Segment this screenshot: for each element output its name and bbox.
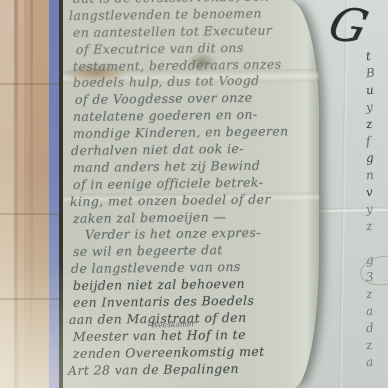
right-page-line-fragments: t B u y z f g n v y z g 3 z a d z a — [366, 48, 388, 371]
left-page: dat is de eerststervende, den langstleve… — [63, 0, 319, 388]
line-fragment: a — [365, 353, 388, 373]
binding-ribbon — [49, 0, 59, 388]
book-edge-streak — [30, 0, 33, 388]
stacked-paper-edge-line — [0, 213, 59, 215]
flourished-capital-initial: G — [323, 0, 374, 54]
fold-crease-vertical — [339, 0, 349, 388]
stacked-paper-edge-line — [0, 298, 59, 300]
stacked-paper-edge-line — [0, 83, 59, 85]
manuscript-text-block: dat is de eerststervende, den langstleve… — [73, 0, 319, 379]
manuscript-line: Art 28 van de Bepalingen — [68, 360, 319, 380]
book-edge-band-outer — [0, 0, 14, 388]
interlinear-insertion: Weeskamer — [151, 319, 195, 330]
manuscript-photo: G t B u y z f g n v y z g 3 z a d z a — [0, 0, 388, 388]
faint-oval-mark — [358, 252, 388, 288]
book-edge-band-inner — [24, 0, 49, 388]
